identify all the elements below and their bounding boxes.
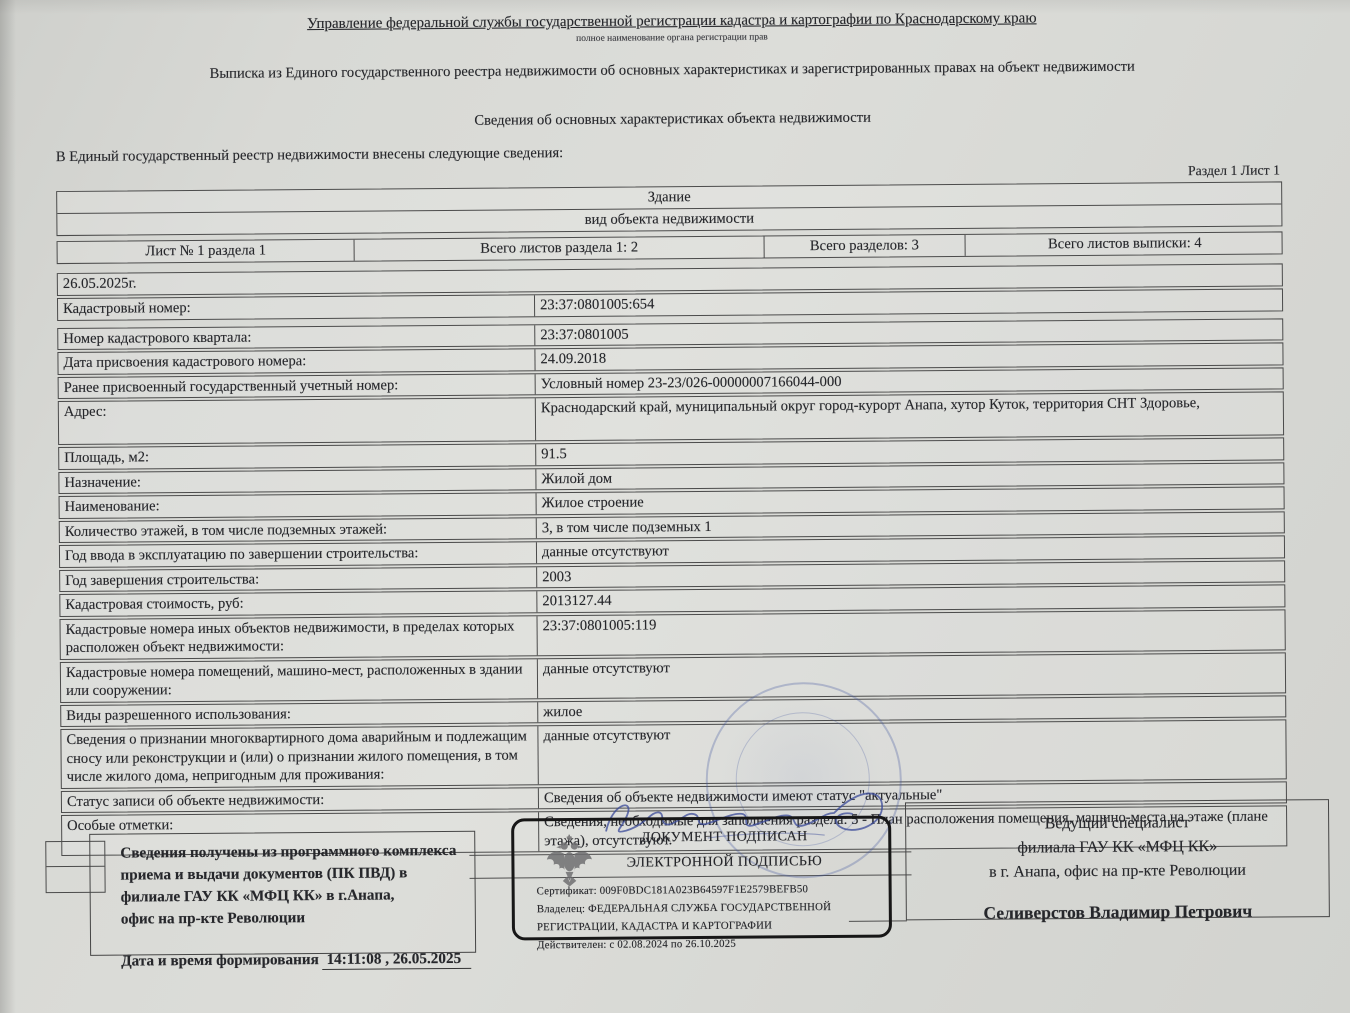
row-value: Жилой дом bbox=[536, 463, 1283, 489]
row-label: Ранее присвоенный государственный учетны… bbox=[59, 374, 536, 398]
sheet-info-cell: Всего листов выписки: 4 bbox=[964, 232, 1285, 256]
row-value: 23:37:0801005:654 bbox=[535, 289, 1282, 315]
table-row: Кадастровые номера помещений, машино-мес… bbox=[60, 652, 1286, 703]
row-value: Условный номер 23-23/026-00000007166044-… bbox=[536, 368, 1283, 394]
row-value: данные отсутствуют bbox=[538, 653, 1285, 698]
intro-line: В Единый государственный реестр недвижим… bbox=[56, 139, 1348, 166]
tables-area: Здание вид объекта недвижимости Лист № 1… bbox=[56, 181, 1287, 856]
row-value: 24.09.2018 bbox=[535, 343, 1282, 369]
generation-date-line: Дата и время формирования 14:11:08 , 26.… bbox=[121, 948, 475, 973]
row-label: Кадастровый номер: bbox=[58, 295, 535, 319]
source-info-line: Сведения получены из программного компле… bbox=[120, 840, 474, 865]
stamp-validity: Действителен: с 02.08.2024 по 26.10.2025 bbox=[537, 937, 889, 952]
row-value: 23:37:0801005 bbox=[535, 319, 1282, 345]
row-value: 23:37:0801005:119 bbox=[537, 610, 1284, 655]
stamp-owner-line1: Владелец: ФЕДЕРАЛЬНАЯ СЛУЖБА ГОСУДАРСТВЕ… bbox=[537, 901, 889, 916]
source-info-line: филиале ГАУ КК «МФЦ КК» в г.Анапа, bbox=[121, 884, 475, 909]
row-value: Жилое строение bbox=[537, 487, 1284, 513]
row-label: Год ввода в эксплуатацию по завершении с… bbox=[60, 542, 537, 566]
row-label: Кадастровые номера помещений, машино-мес… bbox=[61, 659, 538, 702]
sheet-info-row: Лист № 1 раздела 1Всего листов раздела 1… bbox=[57, 231, 1283, 264]
specialist-name: Селиверстов Владимир Петрович bbox=[907, 898, 1329, 925]
row-label: Кадастровые номера иных объектов недвижи… bbox=[61, 616, 538, 659]
specialist-title-lines: Ведущий специалистфилиала ГАУ КК «МФЦ КК… bbox=[906, 810, 1329, 885]
row-label: Назначение: bbox=[59, 469, 536, 493]
generation-date-label: Дата и время формирования bbox=[121, 951, 319, 970]
table-row: Адрес:Краснодарский край, муниципальный … bbox=[58, 391, 1284, 445]
row-label: Кадастровая стоимость, руб: bbox=[60, 591, 537, 615]
document-content: Управление федеральной службы государств… bbox=[0, 0, 1350, 1013]
specialist-title-line: филиала ГАУ КК «МФЦ КК» bbox=[906, 834, 1328, 861]
stamp-owner-line2: РЕГИСТРАЦИИ, КАДАСТРА И КАРТОГРАФИИ bbox=[537, 919, 889, 934]
sheet-info-cell: Всего разделов: 3 bbox=[764, 235, 965, 258]
specialist-title-line: Ведущий специалист bbox=[906, 810, 1328, 837]
row-value: Краснодарский край, муниципальный округ … bbox=[536, 392, 1283, 440]
row-value: 3, в том числе подземных 1 bbox=[537, 512, 1284, 538]
row-label: Виды разрешенного использования: bbox=[61, 702, 538, 726]
source-info-line: приема и выдачи документов (ПК ПВД) в bbox=[120, 862, 474, 887]
digital-signature-stamp: ДОКУМЕНТ ПОДПИСАН ЭЛЕКТРОННОЙ ПОДПИСЬЮ С… bbox=[511, 816, 892, 941]
row-label: Наименование: bbox=[60, 493, 537, 517]
source-info-line: офис на пр-кте Революции bbox=[121, 906, 475, 931]
sheet-info-cell: Лист № 1 раздела 1 bbox=[58, 240, 354, 263]
row-value: 91.5 bbox=[536, 438, 1283, 464]
row-label: Статус записи об объекте недвижимости: bbox=[62, 788, 539, 812]
row-value: данные отсутствуют bbox=[537, 536, 1284, 562]
row-label: Номер кадастрового квартала: bbox=[58, 325, 535, 349]
row-label: Площадь, м2: bbox=[59, 444, 536, 468]
document-title: Выписка из Единого государственного реес… bbox=[0, 56, 1347, 86]
row-label: Сведения о признании многоквартирного до… bbox=[61, 726, 538, 787]
generation-date-value: 14:11:08 , 26.05.2025 bbox=[322, 950, 471, 970]
row-label: Количество этажей, в том числе подземных… bbox=[60, 518, 537, 542]
source-info-box: Сведения получены из программного компле… bbox=[89, 831, 476, 956]
row-value: 2003 bbox=[537, 561, 1284, 587]
sheet-info-cell: Всего листов раздела 1: 2 bbox=[354, 237, 764, 261]
scanned-document-page: Управление федеральной службы государств… bbox=[0, 0, 1350, 1013]
table-row: Кадастровые номера иных объектов недвижи… bbox=[59, 609, 1285, 660]
row-label: Год завершения строительства: bbox=[60, 567, 537, 591]
row-value: 2013127.44 bbox=[537, 585, 1284, 611]
row-label: Дата присвоения кадастрового номера: bbox=[58, 349, 535, 373]
rosreestr-emblem-icon bbox=[540, 829, 598, 891]
specialist-signature-box: Ведущий специалистфилиала ГАУ КК «МФЦ КК… bbox=[905, 799, 1330, 920]
row-value: жилое bbox=[538, 696, 1285, 722]
object-kind-table: Здание вид объекта недвижимости bbox=[56, 181, 1282, 236]
source-info-lines: Сведения получены из программного компле… bbox=[120, 840, 475, 931]
section-title: Сведения об основных характеристиках объ… bbox=[0, 106, 1348, 134]
specialist-title-line: в г. Анапа, офис на пр-кте Революции bbox=[906, 858, 1328, 885]
row-label: Адрес: bbox=[59, 398, 536, 444]
